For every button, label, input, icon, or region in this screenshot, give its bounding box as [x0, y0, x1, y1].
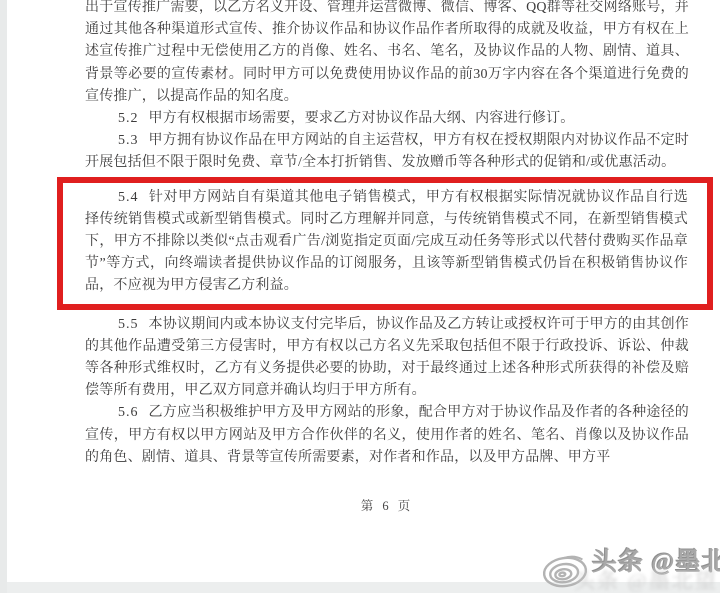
- clause-number: 5.6: [118, 405, 139, 420]
- clause-text: 本协议期间内或本协议支付完毕后，协议作品及乙方转让或授权许可于甲方的由其创作的其…: [85, 317, 689, 399]
- page-number: 第 6 页: [85, 495, 689, 517]
- scan-edge-bottom: [7, 582, 720, 593]
- scan-edge-left: [0, 0, 7, 593]
- clause-text: 针对甲方网站自有渠道其他电子销售模式，甲方有权根据实际情况就协议作品自行选择传统…: [85, 190, 688, 294]
- clause-5-5: 5.5本协议期间内或本协议支付完毕后，协议作品及乙方转让或授权许可于甲方的由其创…: [85, 314, 689, 403]
- document-scan-page: 出于宣传推广需要，以乙方名义开设、管理并运营微博、微信、博客、QQ群等社交网络账…: [0, 0, 720, 593]
- watermark-text: 头条 @墨北望: [592, 542, 720, 578]
- clause-number: 5.3: [118, 133, 139, 148]
- clause-5-2: 5.2甲方有权根据市场需要，要求乙方对协议作品大纲、内容进行修订。: [85, 108, 689, 130]
- clause-number: 5.2: [118, 111, 139, 126]
- clause-number: 5.4: [118, 190, 139, 205]
- clause-text: 甲方拥有协议作品在甲方网站的自主运营权，甲方有权在授权期限内对协议作品不定时开展…: [85, 133, 689, 170]
- clause-number: 5.5: [118, 317, 139, 332]
- clause-5-4-highlighted: 5.4针对甲方网站自有渠道其他电子销售模式，甲方有权根据实际情况就协议作品自行选…: [85, 187, 688, 298]
- clause-text: 甲方有权根据市场需要，要求乙方对协议作品大纲、内容进行修订。: [149, 111, 575, 126]
- highlight-box: 5.4针对甲方网站自有渠道其他电子销售模式，甲方有权根据实际情况就协议作品自行选…: [57, 177, 713, 310]
- clause-text: 乙方应当积极维护甲方及甲方网站的形象，配合甲方对于协议作品及作者的各种途径的宣传…: [85, 405, 689, 464]
- clause-5-6: 5.6乙方应当积极维护甲方及甲方网站的形象，配合甲方对于协议作品及作者的各种途径…: [85, 402, 689, 469]
- contract-body: 出于宣传推广需要，以乙方名义开设、管理并运营微博、微信、博客、QQ群等社交网络账…: [85, 0, 689, 517]
- clause-5-3: 5.3甲方拥有协议作品在甲方网站的自主运营权，甲方有权在授权期限内对协议作品不定…: [85, 130, 689, 174]
- paragraph-continuation: 出于宣传推广需要，以乙方名义开设、管理并运营微博、微信、博客、QQ群等社交网络账…: [85, 0, 689, 108]
